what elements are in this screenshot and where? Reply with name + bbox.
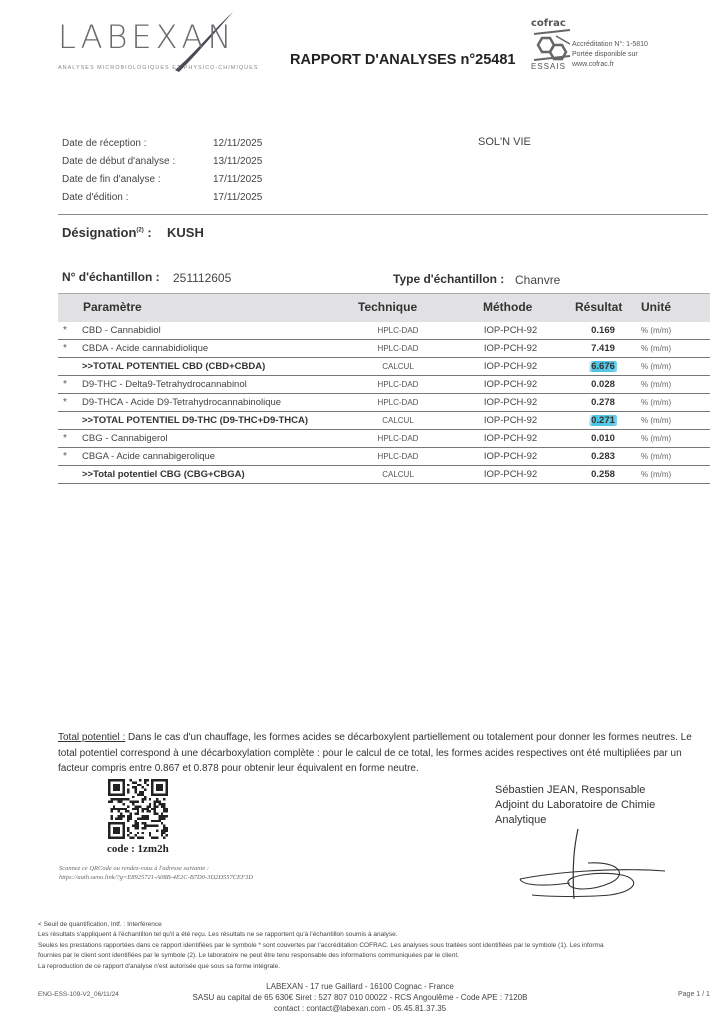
methode: IOP-PCH-92: [458, 415, 563, 426]
dates-block: Date de réception :12/11/2025 Date de dé…: [62, 138, 262, 210]
logo-subtitle: Analyses microbiologiques et physico-chi…: [58, 65, 258, 71]
qr-scan-url[interactable]: https://auth.oeno.link/?g=E8925721-A08B-…: [59, 873, 253, 882]
col-technique: Technique: [358, 300, 417, 314]
col-parametre: Paramètre: [83, 300, 142, 314]
methode: IOP-PCH-92: [458, 325, 563, 336]
param-name: CBD - Cannabidiol: [82, 325, 161, 336]
signer-title-cont: Analytique: [495, 813, 655, 828]
accreditation-star: *: [63, 343, 67, 354]
cofrac-website: www.cofrac.fr: [572, 60, 648, 70]
divider: [58, 214, 708, 215]
table-row: *D9-THC - Delta9-TetrahydrocannabinolHPL…: [58, 376, 710, 394]
document-reference: ENG-ESS-109-V2_06/11/24: [38, 991, 119, 998]
unite: % (m/m): [641, 326, 671, 335]
date-row: Date de début d'analyse :13/11/2025: [62, 156, 262, 174]
technique: CALCUL: [348, 470, 448, 479]
resultat: 7.419: [568, 343, 638, 354]
table-row: *D9-THCA - Acide D9-Tetrahydrocannabinol…: [58, 394, 710, 412]
unite: % (m/m): [641, 470, 671, 479]
signature-icon: [510, 827, 670, 902]
param-name: CBGA - Acide cannabigerolique: [82, 451, 215, 462]
qr-instructions: Scannez ce QRCode ou rendez-vous à l'adr…: [59, 864, 253, 882]
date-label: Date d'édition :: [62, 192, 213, 210]
sample-number-value: 251112605: [173, 271, 231, 285]
unite: % (m/m): [641, 362, 671, 371]
sample-type-label: Type d'échantillon :: [393, 272, 504, 286]
table-row: >>TOTAL POTENTIEL D9-THC (D9-THC+D9-THCA…: [58, 412, 710, 430]
col-unite: Unité: [641, 300, 671, 314]
client-name: SOL'N VIE: [478, 136, 531, 148]
unite: % (m/m): [641, 344, 671, 353]
methode: IOP-PCH-92: [458, 433, 563, 444]
date-value: 13/11/2025: [213, 156, 262, 174]
param-name: >>Total potentiel CBG (CBG+CBGA): [82, 469, 245, 480]
report-title: RAPPORT D'ANALYSES n°25481: [290, 52, 515, 68]
accreditation-star: *: [63, 433, 67, 444]
technique: HPLC-DAD: [348, 452, 448, 461]
unite: % (m/m): [641, 452, 671, 461]
technique: HPLC-DAD: [348, 398, 448, 407]
date-value: 17/11/2025: [213, 174, 262, 192]
date-label: Date de réception :: [62, 138, 213, 156]
results-table-header: Paramètre Technique Méthode Résultat Uni…: [58, 293, 710, 322]
page-number: Page 1 / 1: [678, 991, 710, 998]
date-row: Date de réception :12/11/2025: [62, 138, 262, 156]
resultat: 0.271: [568, 415, 638, 426]
accreditation-number: Accréditation N°: 1-5810: [572, 40, 648, 50]
legal-line: Seules les prestations rapportées dans c…: [38, 941, 718, 951]
param-name: D9-THCA - Acide D9-Tetrahydrocannabinoli…: [82, 397, 281, 408]
technique: HPLC-DAD: [348, 326, 448, 335]
designation-label: Désignation(2) :: [62, 225, 152, 240]
table-row: *CBGA - Acide cannabigeroliqueHPLC-DADIO…: [58, 448, 710, 466]
unite: % (m/m): [641, 416, 671, 425]
note-title: Total potentiel :: [58, 732, 125, 743]
signer-block: Sébastien JEAN, Responsable Adjoint du L…: [495, 783, 655, 828]
resultat: 0.283: [568, 451, 638, 462]
company-address: LABEXAN - 17 rue Gaillard - 16100 Cognac…: [160, 981, 560, 992]
total-potentiel-note: Total potentiel : Dans le cas d'un chauf…: [58, 730, 708, 777]
param-name: CBG - Cannabigerol: [82, 433, 168, 444]
technique: HPLC-DAD: [348, 434, 448, 443]
company-footer: LABEXAN - 17 rue Gaillard - 16100 Cognac…: [160, 981, 560, 1014]
accreditation-star: *: [63, 451, 67, 462]
qr-scan-text: Scannez ce QRCode ou rendez-vous à l'adr…: [59, 864, 253, 873]
technique: HPLC-DAD: [348, 344, 448, 353]
accreditation-star: *: [63, 397, 67, 408]
methode: IOP-PCH-92: [458, 361, 563, 372]
methode: IOP-PCH-92: [458, 343, 563, 354]
unite: % (m/m): [641, 434, 671, 443]
table-row: >>TOTAL POTENTIEL CBD (CBD+CBDA)CALCULIO…: [58, 358, 710, 376]
date-value: 17/11/2025: [213, 192, 262, 210]
technique: CALCUL: [348, 362, 448, 371]
legal-notes: < Seuil de quantification, Intf. : Inter…: [38, 920, 718, 972]
sample-type-value: Chanvre: [515, 273, 560, 287]
legal-line: Les résultats s'appliquent à l'échantill…: [38, 930, 718, 940]
resultat: 0.258: [568, 469, 638, 480]
param-name: >>TOTAL POTENTIEL D9-THC (D9-THC+D9-THCA…: [82, 415, 308, 426]
company-contact: contact : contact@labexan.com - 05.45.81…: [160, 1003, 560, 1014]
unite: % (m/m): [641, 380, 671, 389]
col-methode: Méthode: [483, 300, 532, 314]
resultat: 0.010: [568, 433, 638, 444]
date-value: 12/11/2025: [213, 138, 262, 156]
methode: IOP-PCH-92: [458, 379, 563, 390]
unite: % (m/m): [641, 398, 671, 407]
signer-title: Adjoint du Laboratoire de Chimie: [495, 798, 655, 813]
param-name: CBDA - Acide cannabidiolique: [82, 343, 208, 354]
methode: IOP-PCH-92: [458, 451, 563, 462]
qr-code-icon[interactable]: [108, 778, 168, 840]
technique: CALCUL: [348, 416, 448, 425]
labexan-logo: LABEXAN: [58, 18, 235, 56]
date-label: Date de début d'analyse :: [62, 156, 213, 174]
methode: IOP-PCH-92: [458, 469, 563, 480]
accreditation-scope: Portée disponible sur: [572, 50, 648, 60]
accreditation-info: Accréditation N°: 1-5810 Portée disponib…: [572, 40, 648, 70]
designation-value: KUSH: [167, 225, 204, 240]
cofrac-essais: ESSAIS: [531, 62, 566, 71]
date-row: Date de fin d'analyse :17/11/2025: [62, 174, 262, 192]
technique: HPLC-DAD: [348, 380, 448, 389]
date-row: Date d'édition :17/11/2025: [62, 192, 262, 210]
param-name: >>TOTAL POTENTIEL CBD (CBD+CBDA): [82, 361, 265, 372]
accreditation-star: *: [63, 325, 67, 336]
legal-line: < Seuil de quantification, Intf. : Inter…: [38, 920, 718, 930]
resultat: 6.676: [568, 361, 638, 372]
sample-number-label: N° d'échantillon :: [62, 270, 160, 284]
resultat: 0.028: [568, 379, 638, 390]
accreditation-star: *: [63, 379, 67, 390]
resultat: 0.169: [568, 325, 638, 336]
qr-code-label: code : 1zm2h: [107, 843, 169, 855]
results-table-body: *CBD - CannabidiolHPLC-DADIOP-PCH-920.16…: [58, 322, 710, 484]
signer-name: Sébastien JEAN, Responsable: [495, 783, 655, 798]
table-row: *CBG - CannabigerolHPLC-DADIOP-PCH-920.0…: [58, 430, 710, 448]
methode: IOP-PCH-92: [458, 397, 563, 408]
legal-line: La reproduction de ce rapport d'analyse …: [38, 962, 718, 972]
col-resultat: Résultat: [575, 300, 622, 314]
param-name: D9-THC - Delta9-Tetrahydrocannabinol: [82, 379, 247, 390]
table-row: *CBD - CannabidiolHPLC-DADIOP-PCH-920.16…: [58, 322, 710, 340]
note-text: Dans le cas d'un chauffage, les formes a…: [58, 732, 692, 774]
table-row: *CBDA - Acide cannabidioliqueHPLC-DADIOP…: [58, 340, 710, 358]
date-label: Date de fin d'analyse :: [62, 174, 213, 192]
table-row: >>Total potentiel CBG (CBG+CBGA)CALCULIO…: [58, 466, 710, 484]
legal-line: fournies par le client sont identifiées …: [38, 951, 718, 961]
company-legal: SASU au capital de 65 630€ Siret : 527 8…: [160, 992, 560, 1003]
resultat: 0.278: [568, 397, 638, 408]
